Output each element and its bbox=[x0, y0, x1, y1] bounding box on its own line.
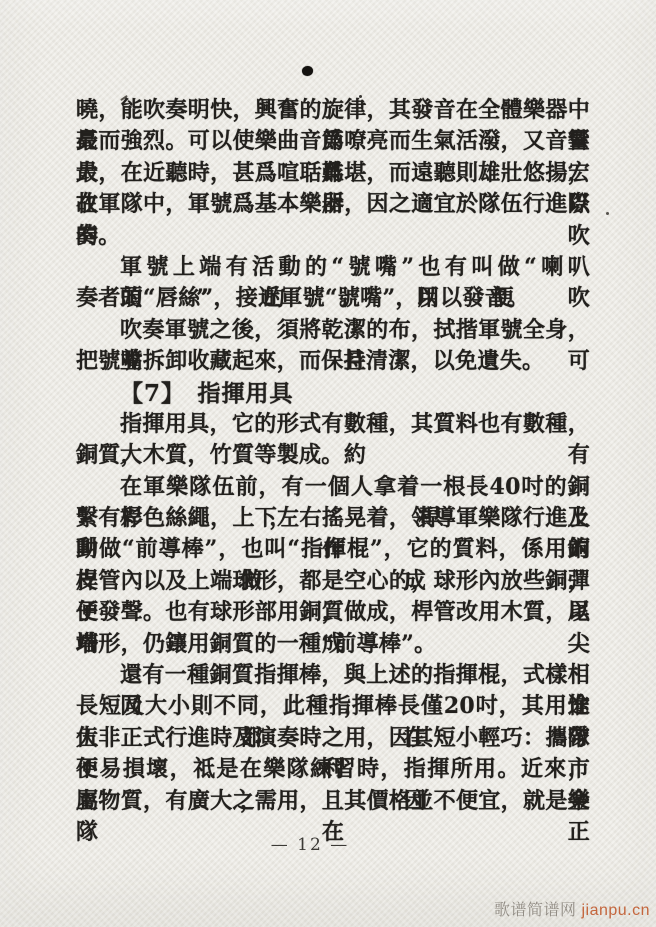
text-line: 叫做“前導棒”，也叫“指揮棍”，它的質料，係用銅皮做成， bbox=[76, 534, 590, 565]
text-line: 還有一種銅質指揮棒，與上述的指揮棍，式樣相同，惟 bbox=[76, 660, 590, 691]
watermark: 歌谱简谱网jianpu.cn bbox=[494, 897, 650, 920]
ink-blot bbox=[302, 66, 313, 76]
text-line: 繫有彩色絲繩，上下左右搖晃着，領導軍樂隊行進及動作的 bbox=[76, 503, 590, 534]
text-line: 伍非正式行進時及演奏時之用，因其短小輕巧：攜帶便利， bbox=[76, 723, 590, 754]
text-line: 曉，能吹奏明快，興奮的旋律，其發音在全體樂器中最爲響 bbox=[76, 95, 590, 126]
text-line: 亮而強烈。可以使樂曲音節嘹亮而生氣活潑，又音量最爲宏 bbox=[76, 126, 590, 157]
text-line: 桿管內以及上端球形，都是空心的，球形內放些銅彈子，以 bbox=[76, 566, 590, 597]
page-number: — 12 — bbox=[0, 835, 620, 855]
section-heading: 【7】 指揮用具 bbox=[76, 378, 590, 409]
text-line: 把號嘴拆卸收藏起來，而保持清潔，以免遺失。 bbox=[76, 346, 590, 377]
ink-speck bbox=[606, 212, 609, 215]
text-line: 大，在近聽時，甚爲喧聒難堪，而遠聽則雄壯悠揚，故所以 bbox=[76, 158, 590, 189]
text-line: 便發聲。也有球形部用銅質做成，桿管改用木質，尾端成尖 bbox=[76, 597, 590, 628]
watermark-site-url: jianpu.cn bbox=[581, 902, 650, 919]
text-line: 奏者的“唇絲”，接近軍號“號嘴”，用以發音。 bbox=[76, 283, 590, 314]
text-line: 吹奏軍號之後，須將乾潔的布，拭揩軍號全身，並且可 bbox=[76, 315, 590, 346]
page-text-block: 曉，能吹奏明快，興奮的旋律，其發音在全體樂器中最爲響 亮而強烈。可以使樂曲音節嘹… bbox=[76, 95, 590, 817]
scanned-book-page: 曉，能吹奏明快，興奮的旋律，其發音在全體樂器中最爲響 亮而強烈。可以使樂曲音節嘹… bbox=[0, 0, 656, 927]
text-line: 軍號上端有活動的“號嘴”也有叫做“喇叭頭”的。以便吹 bbox=[76, 252, 590, 283]
text-line: 屬物質，有廣大之需用，且其價格並不便宜，就是樂隊在正 bbox=[76, 786, 590, 817]
text-line: 在軍樂隊伍前，有一個人拿着一根長40吋的銅桿，桿上 bbox=[76, 472, 590, 503]
text-line: 長短及大小則不同，此種指揮棒長僅20吋，其用途大都在隊 bbox=[76, 691, 590, 722]
text-line: 不易損壞，祗是在樂隊練習時，指揮所用。近來市上，因金 bbox=[76, 754, 590, 785]
watermark-site-name: 歌谱简谱网 bbox=[494, 902, 577, 919]
text-line: 在軍隊中，軍號爲基本樂器，因之適宜於隊伍行進際的吹 bbox=[76, 189, 590, 220]
text-line: 指揮用具，它的形式有數種，其質料也有數種，大約有 bbox=[76, 409, 590, 440]
